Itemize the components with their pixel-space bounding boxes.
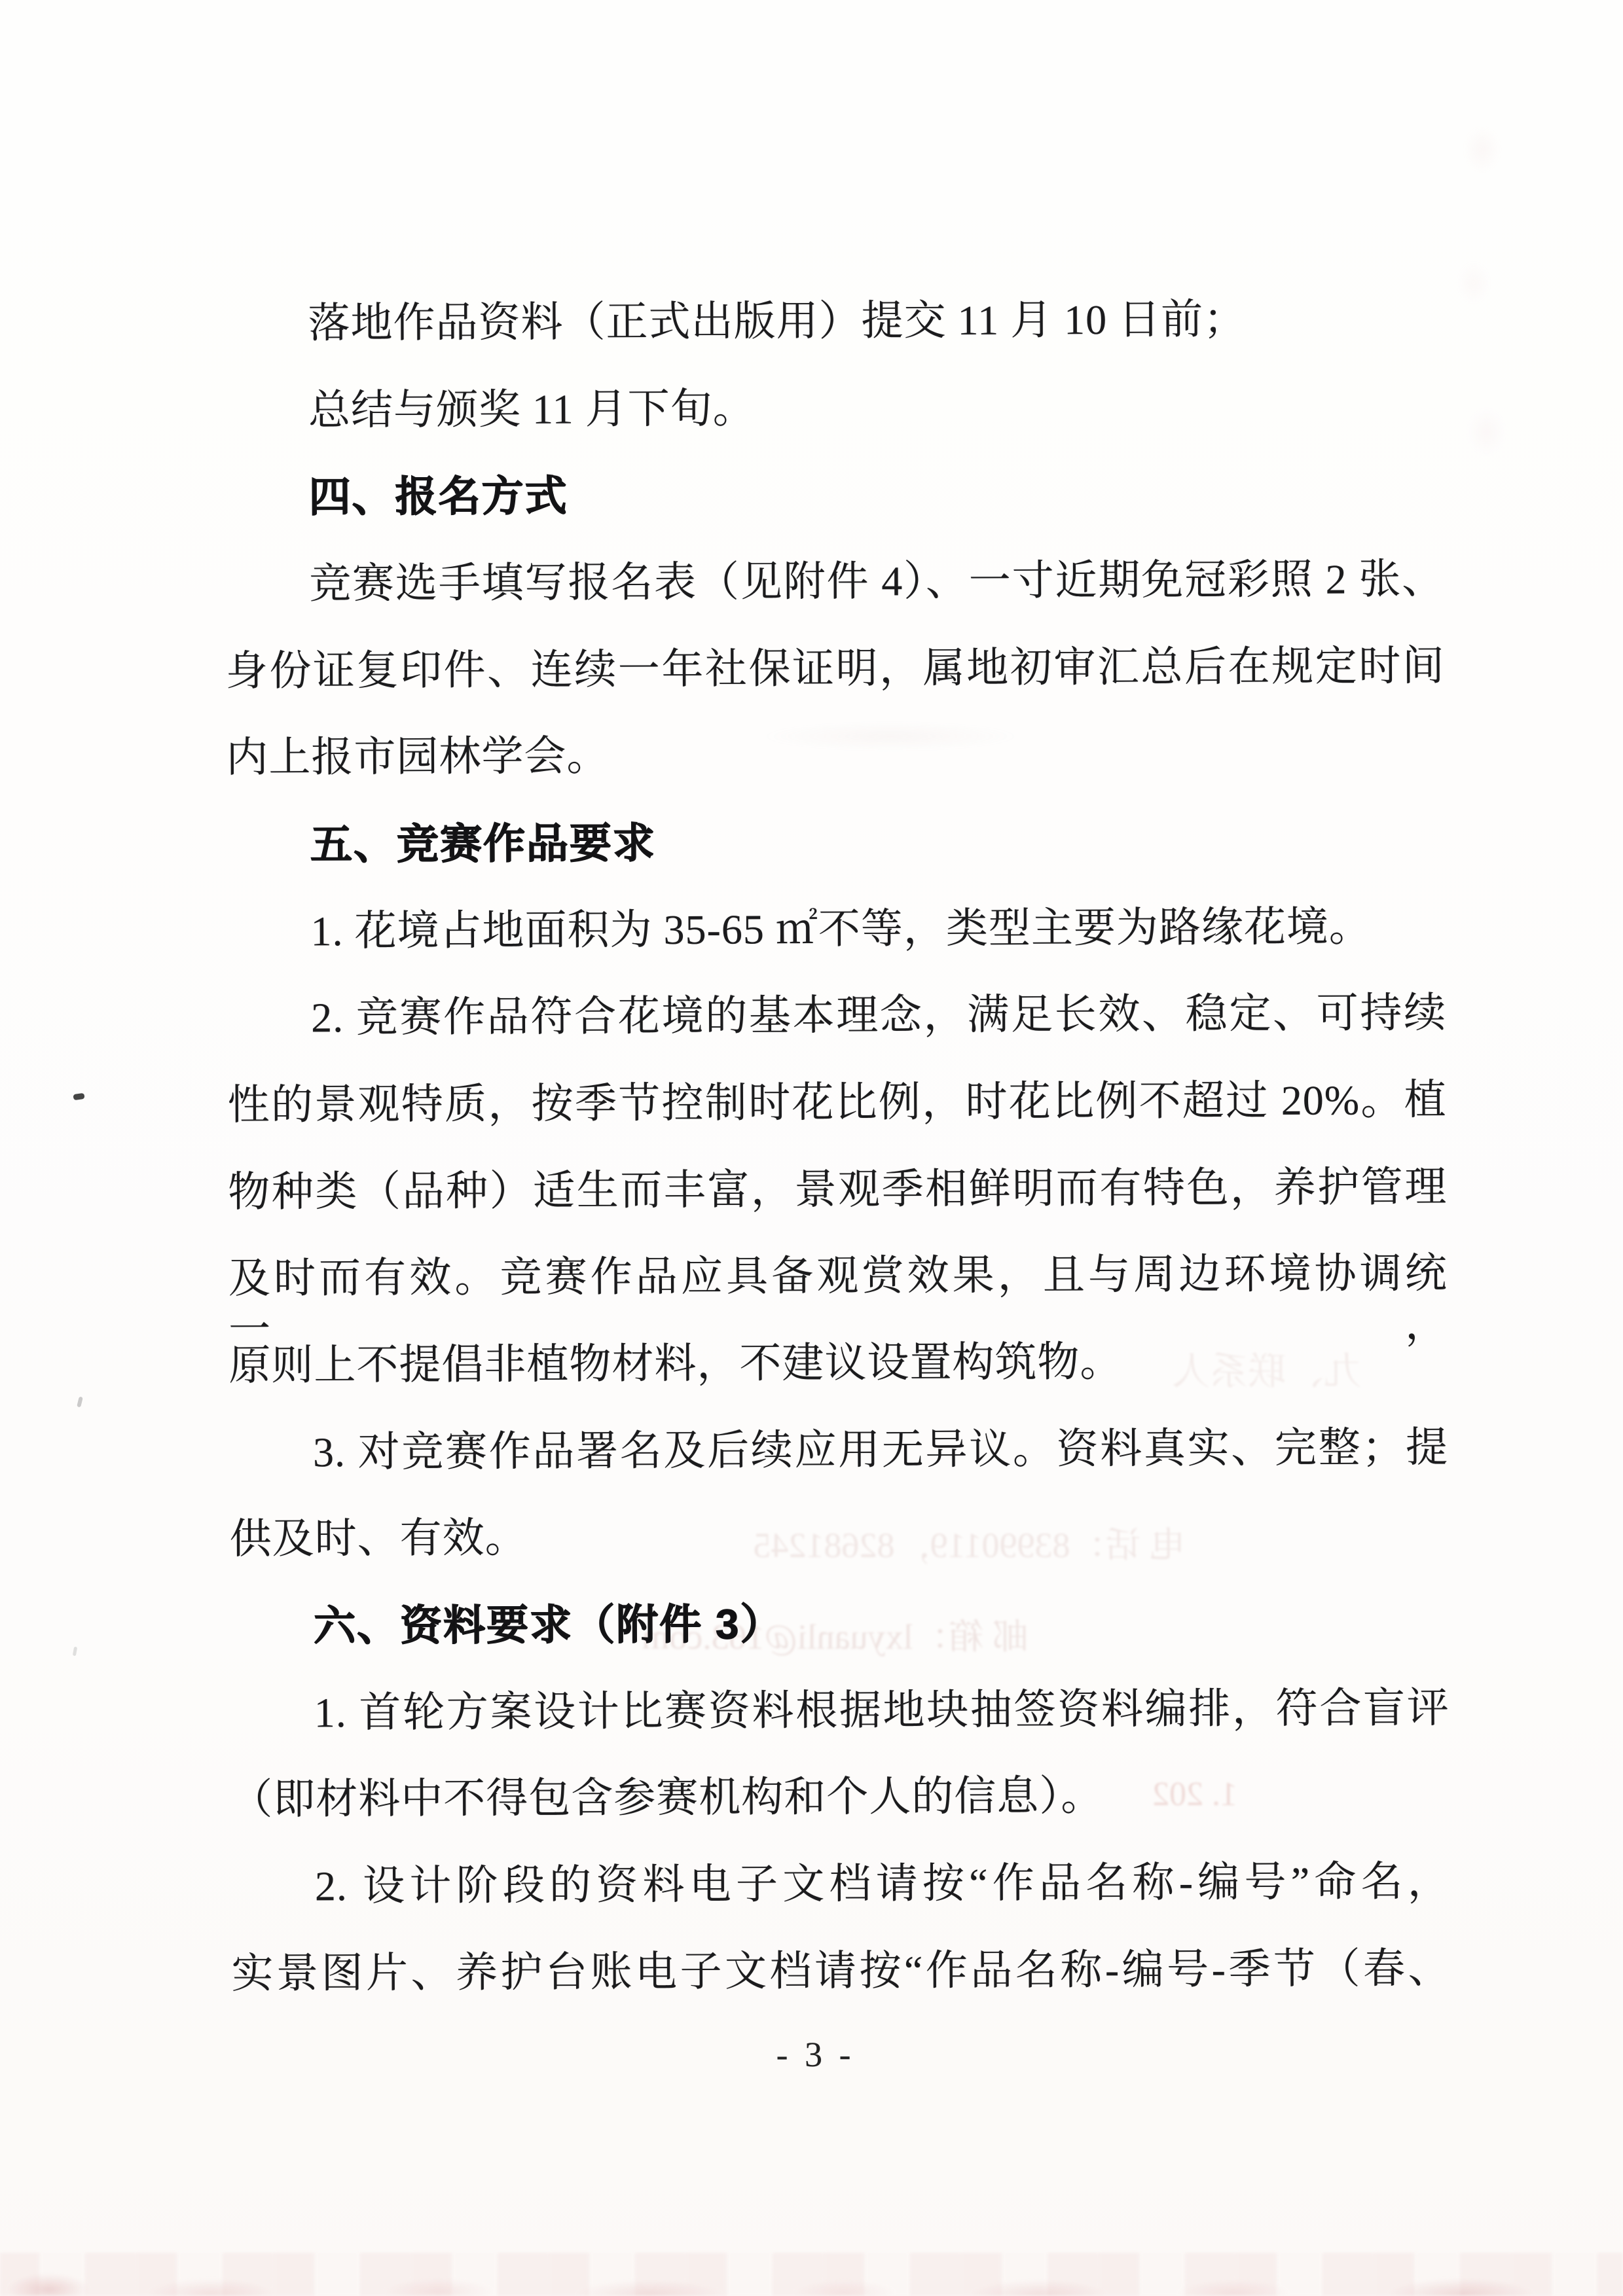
text-line: 1. 首轮方案设计比赛资料根据地块抽签资料编排，符合盲评 (314, 1683, 1450, 1744)
text-line: 及时而有效。竞赛作品应具备观赏效果，且与周边环境协调统一， (228, 1248, 1448, 1310)
text-line: 性的景观特质，按季节控制时花比例，时花比例不超过 20%。植 (228, 1075, 1447, 1136)
text-line: 1. 花境占地面积为 35-65 ㎡不等，类型主要为路缘花境。 (310, 901, 1446, 963)
section-heading: 五、竞赛作品要求 (310, 814, 1446, 876)
document-text: 落地作品资料（正式出版用）提交 11 月 10 日前； 总结与颁奖 11 月下旬… (0, 0, 1623, 2296)
scanned-document-page: 九、联系人 电 话：83990119，82681245 邮 箱：lxyuanli… (0, 0, 1623, 2296)
text-line: 实景图片、养护台账电子文档请按“作品名称-编号-季节（春、 (231, 1943, 1450, 2005)
text-line: 竞赛选手填写报名表（见附件 4）、一寸近期免冠彩照 2 张、 (309, 554, 1444, 615)
text-line: 3. 对竞赛作品署名及后续应用无异议。资料真实、完整；提 (313, 1422, 1448, 1484)
text-line: （即材料中不得包含参赛机构和个人的信息）。 (230, 1769, 1450, 1831)
section-heading: 六、资料要求（附件 3） (314, 1596, 1449, 1657)
section-heading: 四、报名方式 (308, 467, 1444, 528)
text-line: 身份证复印件、连续一年社保证明，属地初审汇总后在规定时间 (226, 641, 1445, 702)
text-line: 物种类（品种）适生而丰富，景观季相鲜明而有特色，养护管理 (228, 1162, 1447, 1223)
text-line: 落地作品资料（正式出版用）提交 11 月 10 日前； (308, 293, 1443, 355)
text-line: 2. 设计阶段的资料电子文档请按“作品名称-编号”命名， (315, 1856, 1450, 1918)
text-line: 2. 竞赛作品符合花境的基本理念，满足长效、稳定、可持续 (311, 988, 1446, 1049)
page-number: - 3 - (4, 2031, 1623, 2079)
text-line: 原则上不提倡非植物材料，不建议设置构筑物。 (228, 1335, 1448, 1397)
text-line: 总结与颁奖 11 月下旬。 (308, 380, 1444, 442)
text-line: 内上报市园林学会。 (226, 727, 1445, 789)
text-line: 供及时、有效。 (229, 1509, 1448, 1570)
